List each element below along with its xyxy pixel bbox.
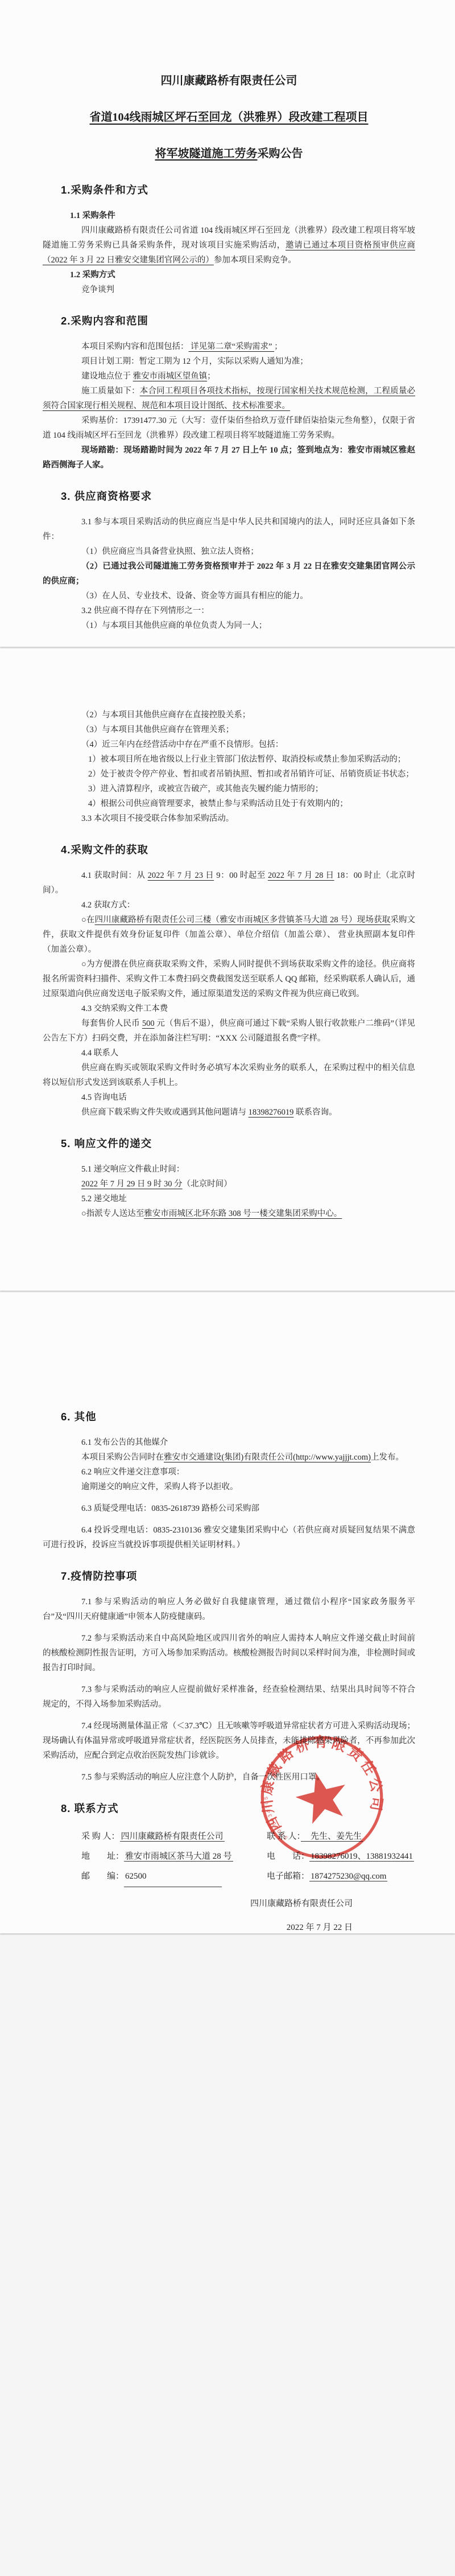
contact-person-value: 先生、姜先生 (301, 1832, 363, 1842)
document-page-4-blank (0, 1935, 455, 2576)
qualification-item-3: （3）在人员、专业技术、设备、资金等方面具有相应的能力。 (43, 589, 415, 603)
section-3-heading: 3. 供应商资格要求 (61, 488, 415, 503)
project-title-text: 省道104线雨城区坪石至回龙（洪雅界）段改建工程项目 (90, 111, 369, 124)
disqualify-sub-4: 4）根据公司供应商管理要求，被禁止参与采购活动且处于有效期内的； (43, 796, 415, 811)
scope-line: 本项目采购内容和范围包括： 详见第二章“采购需求” ； (43, 339, 415, 354)
query-phone-line: 6.3 质疑受理电话：0835-2618739 路桥公司采购部 (43, 1501, 415, 1516)
media-site-underlined: 雅安市交通建设(集团)有限责任公司(http://www.yajjjt.com) (164, 1453, 371, 1462)
section-7-heading: 7.疫情防控事项 (61, 1568, 415, 1583)
section-8-heading: 8. 联系方式 (61, 1801, 415, 1815)
location-post: ； (207, 372, 216, 381)
obtain-time-pre: 4.1 获取时间：从 (81, 871, 148, 880)
s11-tail: 参加本项目采购竞争。 (214, 256, 296, 265)
document-page-2: （2）与本项目其他供应商存在直接控股关系； （3）与本项目其他供应商存在管理关系… (0, 648, 455, 1291)
scope-post: ； (274, 342, 283, 351)
obtain-time-mid: 9：00 时起至 (214, 871, 268, 880)
disqualify-sub-3: 3）进入清算程序，或被宣告破产，或其他丧失履约能力情形的； (43, 782, 415, 796)
contact-row-2: 地 址：雅安市雨城区茶马大道 28 号 电 话：18398276019、1388… (81, 1847, 415, 1867)
announcement-title-underlined: 将军坡隧道施工劳务 (155, 147, 258, 160)
obtain-time-end: 2022 年 7 月 28 日 (268, 871, 334, 880)
obtain-method-onsite: ○在四川康藏路桥有限责任公司三楼（雅安市雨城区多营镇茶马大道 28 号）现场获取… (43, 913, 415, 957)
announcement-title: 将军坡隧道施工劳务采购公告 (43, 146, 415, 162)
contact-person-label: 联 系 人： (267, 1832, 301, 1841)
fee-amount: 500 (142, 1019, 155, 1028)
delivery-pre: 指派专人送达至 (86, 1209, 144, 1218)
contact-subheading: 4.4 联系人 (43, 1046, 415, 1061)
section-1-1-subheading: 1.1 采购条件 (70, 208, 415, 223)
disqualify-item-1: （1）与本项目其他供应商的单位负责人为同一人； (43, 618, 415, 633)
location-pre: 建设地点位于 (81, 372, 133, 381)
section-5-heading: 5. 响应文件的递交 (61, 1136, 415, 1151)
hotline-paragraph: 供应商下载采购文件失败或遇到其他问题请与 18398276019 联系咨询。 (43, 1105, 415, 1120)
qualification-3-2: 3.2 供应商不得存在下列情形之一： (43, 603, 415, 618)
other-media-paragraph: 本项目采购公告同时在雅安市交通建设(集团)有限责任公司(http://www.y… (43, 1450, 415, 1465)
qualification-3-1: 3.1 参与本项目采购活动的供应商应当是中华人民共和国境内的法人，同时还应具备如… (43, 515, 415, 544)
disqualify-sub-1: 1）被本项目所在地省级以上行业主管部门依法暂停、取消投标或禁止参加采购活动的； (43, 752, 415, 767)
quality-line: 施工质量如下：本合同工程项目各项技术指标，按现行国家相关技术规范检测，工程质量必… (43, 384, 415, 413)
media-pre: 本项目采购公告同时在 (81, 1453, 164, 1462)
section-4-heading: 4.采购文件的获取 (61, 842, 415, 857)
hotline-post: 联系咨询。 (293, 1108, 337, 1117)
covid-item-3: 7.3 参与采购活动的响应人应提前做好采样准备，经查验检测结果、结果出具时间等不… (43, 1682, 415, 1712)
obtain-method-remote: ○为方便潜在供应商获取采购文件，采购人同时提供不到场获取采购文件的途径。供应商将… (43, 957, 415, 1001)
announcement-title-rest: 采购公告 (258, 147, 303, 160)
deadline-line: 2022 年 7 月 29 日 9 时 30 分（北京时间） (43, 1177, 415, 1192)
remote-text: 为方便潜在供应商获取采购文件，采购人同时提供不到场获取采购文件的途径。供应商将报… (43, 960, 415, 999)
disqualify-item-3: （3）与本项目其他供应商存在管理关系； (43, 722, 415, 737)
signature-date: 2022 年 7 月 22 日 (43, 1920, 415, 1933)
covid-item-2: 7.2 参与采购活动来自中高风险地区或四川省外的响应人需持本人响应文件递交截止时… (43, 1631, 415, 1675)
disqualify-item-4: （4）近三年内在经营活动中存在严重不良情形。包括： (43, 737, 415, 752)
circle-bullet-icon: ○ (81, 1209, 86, 1218)
document-page-3: 6. 其他 6.1 发布公告的其他媒介 本项目采购公告同时在雅安市交通建设(集团… (0, 1292, 455, 1933)
section-1-heading: 1.采购条件和方式 (61, 182, 415, 197)
phone-label: 电 话： (267, 1852, 309, 1861)
email-label: 电子邮箱： (267, 1872, 309, 1881)
disqualify-item-2: （2）与本项目其他供应商存在直接控股关系； (43, 708, 415, 722)
contact-row-1: 采 购 人：四川康藏路桥有限责任公司 联 系 人： 先生、姜先生 (81, 1827, 415, 1847)
purchaser-field: 采 购 人：四川康藏路桥有限责任公司 (81, 1827, 267, 1847)
phone-value: 18398276019、13881932441 (309, 1852, 414, 1862)
schedule-line: 项目计划工期：暂定工期为 12 个月，实际以采购人通知为准； (43, 354, 415, 369)
submission-note-subheading: 6.2 响应文件递交注意事项： (43, 1465, 415, 1480)
postcode-field: 邮 编：62500 (81, 1867, 267, 1887)
qualification-3-3: 3.3 本次项目不接受联合体参加采购活动。 (43, 811, 415, 826)
procurement-method-value: 竞争谈判 (43, 282, 415, 297)
delivery-address-underlined: 雅安市雨城区北环东路 308 号一楼交建集团采购中心。 (144, 1209, 342, 1218)
site-visit-line: 现场踏勘：现场踏勘时间为 2022 年 7 月 27 日上午 10 点；签到地点… (43, 443, 415, 473)
covid-item-1: 7.1 参与采购活动的响应人务必做好自我健康管理，通过微信小程序“国家政务服务平… (43, 1595, 415, 1624)
obtain-method-subheading: 4.2 获取方式： (43, 898, 415, 913)
covid-item-5: 7.5 参与采购活动的响应人应注意个人防护，自备一次性医用口罩。 (43, 1770, 415, 1785)
hotline-pre: 供应商下载采购文件失败或遇到其他问题请与 (81, 1108, 249, 1117)
submission-note-paragraph: 逾期递交的响应文件，采购人将予以拒收。 (43, 1480, 415, 1494)
deadline-tz: （北京时间） (183, 1180, 232, 1189)
location-underlined: 雅安市雨城区望鱼镇 (133, 372, 208, 381)
address-value: 雅安市雨城区茶马大道 28 号 (124, 1852, 233, 1862)
hotline-subheading: 4.5 咨询电话 (43, 1090, 415, 1105)
onsite-pre: 在 (86, 915, 95, 925)
fee-paragraph: 每套售价人民币 500 元（售后不退），供应商可通过下载“采购人银行收款账户二维… (43, 1016, 415, 1046)
media-post: 上发布。 (371, 1453, 404, 1462)
qualification-item-2: （2）已通过我公司隧道施工劳务资格预审并于 2022 年 3 月 22 日在雅安… (43, 559, 415, 589)
scope-underlined: 详见第二章“采购需求” (189, 342, 275, 351)
fee-subheading: 4.3 交纳采购文件工本费 (43, 1001, 415, 1016)
section-6-heading: 6. 其他 (61, 1409, 415, 1424)
delivery-address-subheading: 5.2 递交地址 (43, 1192, 415, 1206)
scope-pre: 本项目采购内容和范围包括： (81, 342, 189, 351)
purchaser-value: 四川康藏路桥有限责任公司 (120, 1832, 225, 1842)
section-1-1-paragraph: 四川康藏路桥有限责任公司省道 104 线雨城区坪石至回龙（洪雅界）段改建工程项目… (43, 223, 415, 268)
quality-pre: 施工质量如下： (81, 387, 140, 396)
email-field: 电子邮箱：1874275230@qq.com (267, 1867, 415, 1887)
location-line: 建设地点位于 雅安市雨城区望鱼镇； (43, 369, 415, 384)
hotline-number: 18398276019 (249, 1108, 294, 1117)
signature-company: 四川康藏路桥有限责任公司 (43, 1896, 415, 1911)
address-label: 地 址： (81, 1852, 124, 1861)
fee-pre: 每套售价人民币 (81, 1019, 142, 1028)
postcode-label: 邮 编： (81, 1872, 124, 1881)
other-media-subheading: 6.1 发布公告的其他媒介 (43, 1435, 415, 1450)
project-title: 省道104线雨城区坪石至回龙（洪雅界）段改建工程项目 (43, 109, 415, 125)
delivery-address-line: ○指派专人送达至雅安市雨城区北环东路 308 号一楼交建集团采购中心。 (43, 1206, 415, 1221)
company-title: 四川康藏路桥有限责任公司 (43, 73, 415, 89)
purchaser-label: 采 购 人： (81, 1832, 120, 1841)
disqualify-sub-2: 2）处于被责令停产停业、暂扣或者吊销执照、暂扣或者吊销许可证、吊销资质证书状态； (43, 767, 415, 782)
section-1-2-subheading: 1.2 采购方式 (70, 268, 415, 282)
deadline-subheading: 5.1 递交响应文件截止时间： (43, 1162, 415, 1177)
section-2-heading: 2.采购内容和范围 (61, 313, 415, 328)
contact-paragraph: 供应商在购买或领取采购文件时务必填写本次采购业务的联系人，在采购过程中的相关信息… (43, 1061, 415, 1090)
document-page-1: 四川康藏路桥有限责任公司 省道104线雨城区坪石至回龙（洪雅界）段改建工程项目 … (0, 0, 455, 647)
base-price-line: 采购基价：17391477.30 元（大写：壹仟柒佰叁拾玖万壹仟肆佰柒拾柒元叁角… (43, 413, 415, 443)
circle-bullet-icon: ○ (81, 915, 86, 925)
circle-bullet-icon: ○ (81, 960, 86, 969)
address-field: 地 址：雅安市雨城区茶马大道 28 号 (81, 1847, 267, 1867)
obtain-time-start: 2022 年 7 月 23 日 (148, 871, 214, 880)
onsite-underlined: 四川康藏路桥有限责任公司三楼（雅安市雨城区多营镇茶马大道 28 号）现场获取 (95, 915, 391, 925)
contact-row-3: 邮 编：62500 电子邮箱：1874275230@qq.com (81, 1867, 415, 1887)
qualification-item-1: （1）供应商应当具备营业执照、独立法人资格； (43, 544, 415, 559)
obtain-time-line: 4.1 获取时间：从 2022 年 7 月 23 日 9：00 时起至 2022… (43, 868, 415, 898)
covid-item-4: 7.4 经现场测量体温正常（＜37.3℃）且无咳嗽等呼吸道异常症状者方可进入采购… (43, 1719, 415, 1763)
phone-field: 电 话：18398276019、13881932441 (267, 1847, 415, 1867)
postcode-value: 62500 (124, 1867, 222, 1887)
contact-person-field: 联 系 人： 先生、姜先生 (267, 1827, 415, 1847)
complaint-phone-line: 6.4 投诉受理电话：0835-2310136 雅安交建集团采购中心（若供应商对… (43, 1523, 415, 1552)
deadline-datetime: 2022 年 7 月 29 日 9 时 30 分 (81, 1180, 183, 1189)
email-value: 1874275230@qq.com (309, 1872, 387, 1881)
